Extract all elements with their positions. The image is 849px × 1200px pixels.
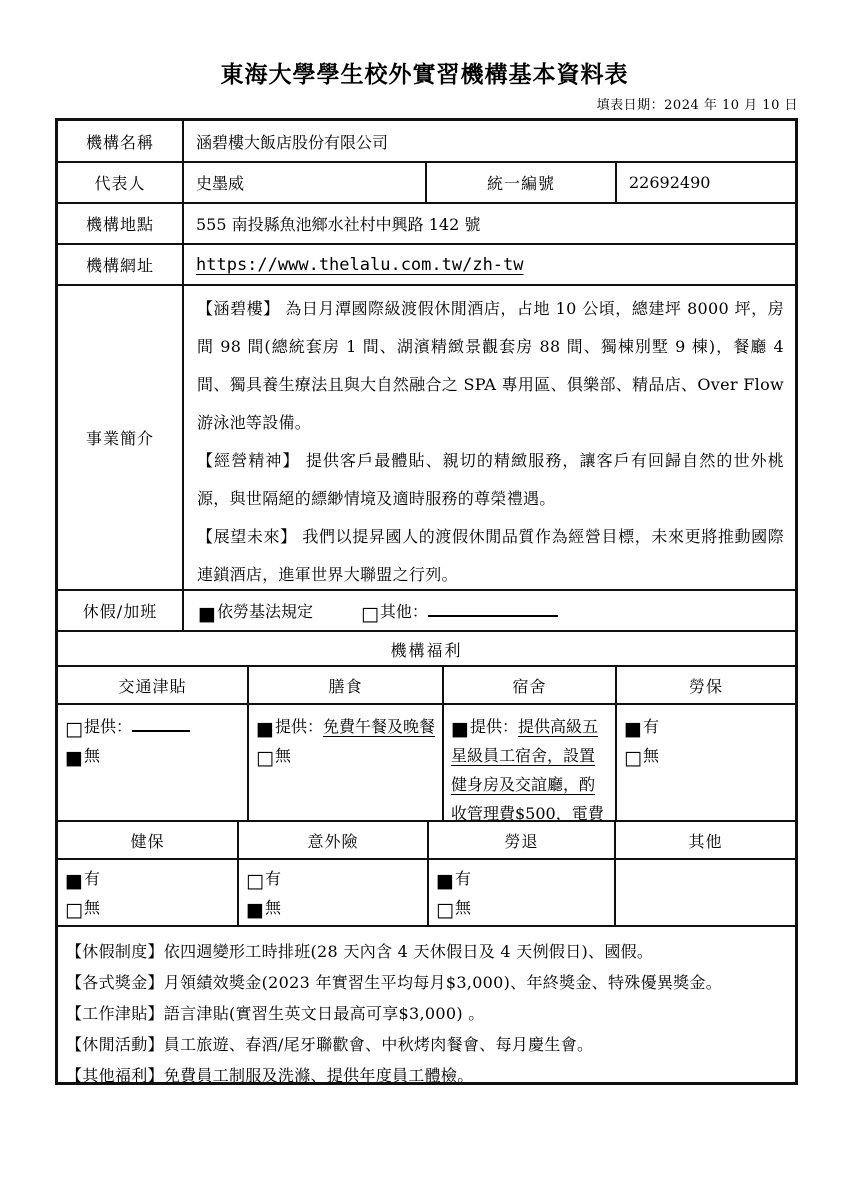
labor-no-label: 無 [643,746,659,765]
org-name-label: 機構名稱 [58,121,182,161]
blank-underline [428,601,558,617]
checkbox-empty-icon: □ [361,603,379,625]
row-benefit-headers-2: 健保 意外險 勞退 其他 [58,820,795,858]
meals-provide-label: 提供： [275,717,323,736]
health-yes-label: 有 [84,869,100,888]
checkbox-filled-icon: ■ [436,870,454,892]
checkbox-empty-icon: □ [65,899,83,921]
business-intro-text: 【涵碧樓】 為日月潭國際級渡假休閒酒店，占地 10 公頃，總建坪 8000 坪，… [182,286,795,589]
pension-yes-label: 有 [455,869,471,888]
health-insurance-cell: ■有 □無 [58,860,237,925]
leave-option-other: 其他： [380,602,428,621]
accident-yes-label: 有 [265,869,281,888]
note-line: 【休假制度】依四週變形工時排班(28 天內含 4 天休假日及 4 天例假日)、國… [66,936,787,967]
transport-none-label: 無 [84,746,100,765]
leave-options: ■依勞基法規定 □其他： [182,591,795,630]
page-title: 東海大學學生校外實習機構基本資料表 [0,56,849,89]
note-line: 【工作津貼】語言津貼(實習生英文日最高可享$3,000) 。 [66,998,787,1029]
meals-header: 膳食 [247,667,442,703]
representative-value: 史墨威 [182,163,425,202]
row-benefit-values-2: ■有 □無 □有 ■無 ■有 □無 [58,858,795,925]
leave-option-labor-law: 依勞基法規定 [217,602,313,621]
row-benefits-header: 機構福利 [58,630,795,665]
meals-none-label: 無 [275,746,291,765]
labor-yes-label: 有 [643,717,659,736]
checkbox-filled-icon: ■ [624,718,642,740]
checkbox-empty-icon: □ [436,899,454,921]
other-benefit-header: 其他 [614,822,795,858]
checkbox-filled-icon: ■ [65,870,83,892]
labor-insurance-cell: ■有 □無 [615,705,795,820]
accident-no-label: 無 [265,898,281,917]
health-no-label: 無 [84,898,100,917]
row-notes: 【休假制度】依四週變形工時排班(28 天內含 4 天休假日及 4 天例假日)、國… [58,925,795,1082]
transport-header: 交通津貼 [58,667,247,703]
benefits-section-title: 機構福利 [58,632,795,667]
checkbox-empty-icon: □ [624,747,642,769]
intro-paragraph: 【展望未來】 我們以提昇國人的渡假休閒品質作為經營目標，未來更將推動國際連鎖酒店… [197,518,784,589]
pension-no-label: 無 [455,898,471,917]
pension-cell: ■有 □無 [427,860,614,925]
checkbox-empty-icon: □ [246,870,264,892]
row-org-name: 機構名稱 涵碧樓大飯店股份有限公司 [58,121,795,161]
dorm-header: 宿舍 [442,667,615,703]
row-benefit-headers-1: 交通津貼 膳食 宿舍 勞保 [58,665,795,703]
representative-label: 代表人 [58,163,182,202]
leave-label: 休假/加班 [58,591,182,630]
accident-insurance-cell: □有 ■無 [237,860,427,925]
other-benefit-cell [614,860,795,925]
checkbox-empty-icon: □ [65,718,83,740]
meals-cell: ■提供：免費午餐及晚餐 □無 [247,705,442,820]
checkbox-filled-icon: ■ [451,718,469,740]
row-business-intro: 事業簡介 【涵碧樓】 為日月潭國際級渡假休閒酒店，占地 10 公頃，總建坪 80… [58,284,795,589]
location-label: 機構地點 [58,204,182,243]
checkbox-filled-icon: ■ [65,747,83,769]
row-representative: 代表人 史墨威 統一編號 22692490 [58,161,795,202]
tax-id-label: 統一編號 [425,163,615,202]
pension-header: 勞退 [427,822,614,858]
dorm-cell: ■提供：提供高級五星級員工宿舍，設置健身房及交誼廳，酌收管理費$500，電費另計 [442,705,615,820]
transport-cell: □提供： ■無 [58,705,247,820]
accident-insurance-header: 意外險 [237,822,427,858]
checkbox-filled-icon: ■ [256,718,274,740]
website-link[interactable]: https://www.thelalu.com.tw/zh-tw [196,255,524,275]
dorm-provide-label: 提供： [470,717,518,736]
business-intro-label: 事業簡介 [58,286,182,589]
row-leave-overtime: 休假/加班 ■依勞基法規定 □其他： [58,589,795,630]
row-benefit-values-1: □提供： ■無 ■提供：免費午餐及晚餐 □無 ■提供：提供高級五星級員工宿舍，設… [58,703,795,820]
location-value: 555 南投縣魚池鄉水社村中興路 142 號 [182,204,795,243]
website-label: 機構網址 [58,245,182,284]
org-name-value: 涵碧樓大飯店股份有限公司 [182,121,795,161]
intro-paragraph: 【涵碧樓】 為日月潭國際級渡假休閒酒店，占地 10 公頃，總建坪 8000 坪，… [197,290,784,442]
labor-insurance-header: 勞保 [615,667,795,703]
row-website: 機構網址 https://www.thelalu.com.tw/zh-tw [58,243,795,284]
row-location: 機構地點 555 南投縣魚池鄉水社村中興路 142 號 [58,202,795,243]
note-line: 【休閒活動】員工旅遊、春酒/尾牙聯歡會、中秋烤肉餐會、每月慶生會。 [66,1029,787,1060]
transport-provide-label: 提供： [84,717,132,736]
note-line: 【各式獎金】月領績效獎金(2023 年實習生平均每月$3,000)、年終獎金、特… [66,967,787,998]
blank-underline [132,716,190,732]
health-insurance-header: 健保 [58,822,237,858]
note-line: 【其他福利】免費員工制服及洗滌、提供年度員工體檢。 [66,1060,787,1082]
intro-paragraph: 【經營精神】 提供客戶最體貼、親切的精緻服務，讓客戶有回歸自然的世外桃源，與世隔… [197,442,784,518]
checkbox-empty-icon: □ [256,747,274,769]
notes-block: 【休假制度】依四週變形工時排班(28 天內含 4 天休假日及 4 天例假日)、國… [58,927,795,1082]
fill-date: 填表日期：2024 年 10 月 10 日 [597,94,798,113]
info-table: 機構名稱 涵碧樓大飯店股份有限公司 代表人 史墨威 統一編號 22692490 … [55,118,798,1085]
tax-id-value: 22692490 [615,163,795,202]
checkbox-filled-icon: ■ [246,899,264,921]
checkbox-filled-icon: ■ [198,603,216,625]
meals-provide-value: 免費午餐及晚餐 [323,717,435,736]
